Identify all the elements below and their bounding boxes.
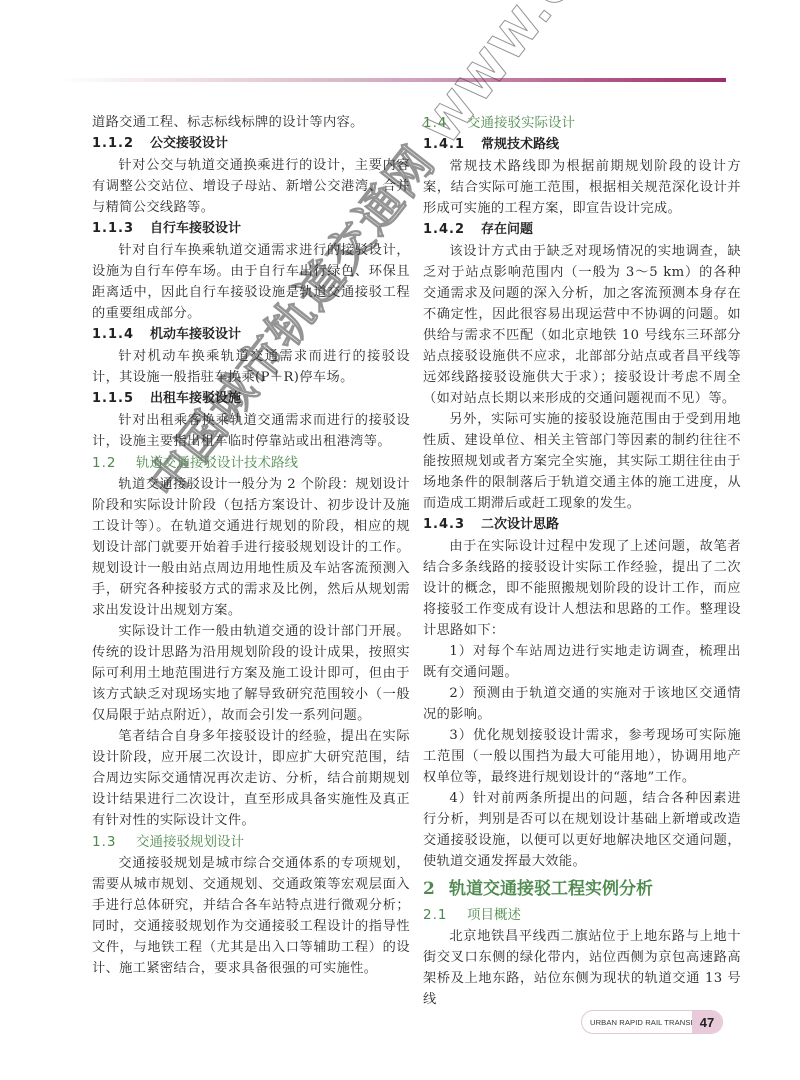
left-column: 道路交通工程、标志标线标牌的设计等内容。 1.1.2公交接驳设计 针对公交与轨道… (92, 112, 410, 979)
section-heading-1-4-1: 1.4.1常规技术路线 (423, 134, 741, 156)
section-heading-1-1-2: 1.1.2公交接驳设计 (92, 133, 410, 155)
page-number: 47 (692, 1011, 722, 1033)
section-heading-2-1: 2.1项目概述 (423, 904, 741, 926)
paragraph: 北京地铁昌平线西二旗站位于上地东路与上地十街交叉口东侧的绿化带内，站位西侧为京包… (423, 926, 741, 1010)
list-item: 1）对每个车站周边进行实地走访调查，梳理出既有交通问题。 (423, 641, 741, 683)
paragraph: 针对公交与轨道交通换乘进行的设计，主要内容有调整公交站位、增设子母站、新增公交港… (92, 155, 410, 218)
paragraph: 常规技术路线即为根据前期规划阶段的设计方案，结合实际可施工范围，根据相关规范深化… (423, 156, 741, 219)
section-heading-1-4-3: 1.4.3二次设计思路 (423, 514, 741, 536)
section-heading-1-4-2: 1.4.2存在问题 (423, 219, 741, 241)
paragraph: 由于在实际设计过程中发现了上述问题，故笔者结合多条线路的接驳设计实际工作经验，提… (423, 536, 741, 641)
paragraph: 道路交通工程、标志标线标牌的设计等内容。 (92, 112, 410, 133)
list-item: 4）针对前两条所提出的问题，结合各种因素进行分析，判别是否可以在规划设计基础上新… (423, 788, 741, 872)
chapter-heading-2: 2轨道交通接驳工程实例分析 (423, 874, 741, 904)
journal-name: URBAN RAPID RAIL TRANSIT (582, 1018, 690, 1027)
paragraph: 针对自行车换乘轨道交通需求进行的接驳设计，设施为自行车停车场。由于自行车出行绿色… (92, 240, 410, 324)
section-heading-1-4: 1.4交通接驳实际设计 (423, 112, 741, 134)
section-heading-1-2: 1.2轨道交通接驳设计技术路线 (92, 452, 410, 474)
header-accent-bar (60, 78, 726, 82)
list-item: 2）预测由于轨道交通的实施对于该地区交通情况的影响。 (423, 683, 741, 725)
paragraph: 交通接驳规划是城市综合交通体系的专项规划，需要从城市规划、交通规划、交通政策等宏… (92, 853, 410, 979)
section-heading-1-3: 1.3交通接驳规划设计 (92, 831, 410, 853)
paragraph: 另外，实际可实施的接驳设施范围由于受到用地性质、建设单位、相关主管部门等因素的制… (423, 409, 741, 514)
paragraph: 笔者结合自身多年接驳设计的经验，提出在实际设计阶段，应开展二次设计，即应扩大研究… (92, 726, 410, 831)
section-heading-1-1-3: 1.1.3自行车接驳设计 (92, 218, 410, 240)
paragraph: 该设计方式由于缺乏对现场情况的实地调查，缺乏对于站点影响范围内（一般为 3～5 … (423, 241, 741, 409)
paragraph: 实际设计工作一般由轨道交通的设计部门开展。传统的设计思路为沿用规划阶段的设计成果… (92, 621, 410, 726)
paragraph: 针对机动车换乘轨道交通需求而进行的接驳设计，其设施一般指驻车换乘(P＋R)停车场… (92, 346, 410, 388)
section-heading-1-1-4: 1.1.4机动车接驳设计 (92, 324, 410, 346)
right-column: 1.4交通接驳实际设计 1.4.1常规技术路线 常规技术路线即为根据前期规划阶段… (423, 112, 741, 1010)
section-heading-1-1-5: 1.1.5出租车接驳设施 (92, 388, 410, 410)
paragraph: 轨道交通接驳设计一般分为 2 个阶段：规划设计阶段和实际设计阶段（包括方案设计、… (92, 474, 410, 621)
list-item: 3）优化规划接驳设计需求，参考现场可实际施工范围（一般以围挡为最大可能用地），协… (423, 725, 741, 788)
paragraph: 针对出租乘客换乘轨道交通需求而进行的接驳设计，设施主要指出租车临时停靠站或出租港… (92, 410, 410, 452)
page-footer-badge: URBAN RAPID RAIL TRANSIT 47 (581, 1010, 723, 1034)
